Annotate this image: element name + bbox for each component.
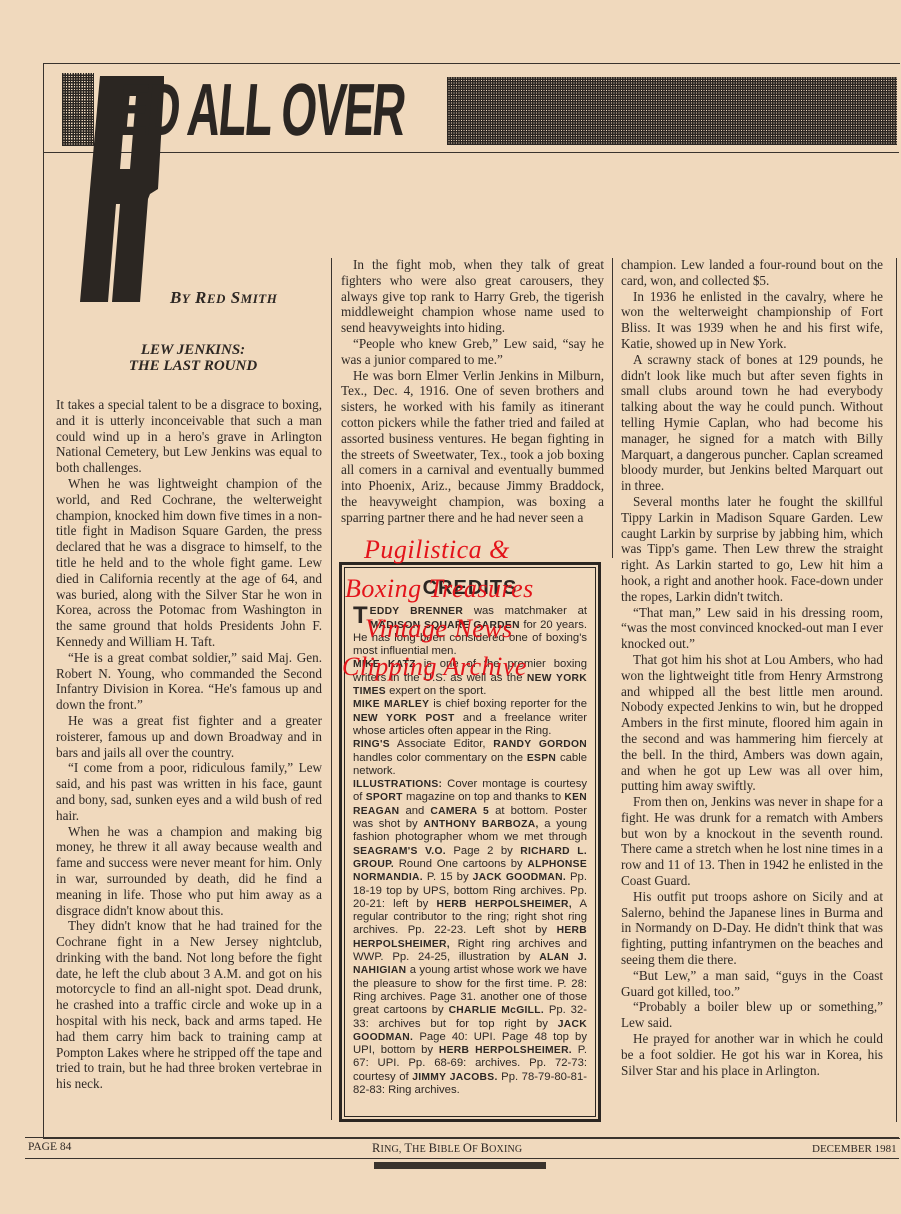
credits-inner: CREDITS TEDDY BRENNER was matchmaker at … xyxy=(344,567,596,1117)
article-title: ED ALL OVER xyxy=(115,72,407,148)
title-text: ED ALL OVER xyxy=(115,68,408,151)
footer-rule xyxy=(25,1158,899,1159)
paragraph: In the fight mob, when they talk of grea… xyxy=(341,257,604,336)
credit-text: and xyxy=(399,805,430,817)
paragraph: He was a great fist fighter and a greate… xyxy=(56,713,322,760)
credits-box: CREDITS TEDDY BRENNER was matchmaker at … xyxy=(339,562,601,1122)
credit-name: SPORT xyxy=(366,792,403,803)
credit-name: JIMMY JACOBS. xyxy=(412,1072,497,1083)
paragraph: Several months later he fought the skill… xyxy=(621,494,883,605)
credit-name: RANDY GORDON xyxy=(493,739,587,750)
pub-char: B xyxy=(481,1141,490,1155)
credit-text: handles color commentary on the xyxy=(353,752,527,764)
paragraph: “Probably a boiler blew up or something,… xyxy=(621,999,883,1031)
credit-pub: RING'S xyxy=(353,739,390,750)
credit-name: HERB HERPOLSHEIMER, xyxy=(437,899,572,910)
footer-bar xyxy=(374,1162,546,1169)
pub-sc: F xyxy=(472,1144,480,1155)
footer-rule xyxy=(25,1137,899,1138)
byline-by: B xyxy=(170,288,182,307)
paragraph: They didn't know that he had trained for… xyxy=(56,918,322,1092)
paragraph: He prayed for another war in which he co… xyxy=(621,1031,883,1078)
page-edge-rule xyxy=(896,258,897,1122)
paragraph: “People who knew Greb,” Lew said, “say h… xyxy=(341,336,604,368)
watermark-line: Pugilistica & xyxy=(364,535,510,565)
byline-last-sc: MITH xyxy=(241,291,278,306)
paragraph: “I come from a poor, ridiculous family,”… xyxy=(56,760,322,823)
paragraph: From then on, Jenkins was never in shape… xyxy=(621,794,883,889)
pub-sc: ING, xyxy=(381,1144,405,1155)
credit-name: CHARLIE McGILL. xyxy=(449,1005,544,1016)
title-rule xyxy=(43,152,899,153)
halftone-pattern-right xyxy=(447,77,897,145)
paragraph: When he was lightweight champion of the … xyxy=(56,476,322,650)
column-divider xyxy=(331,258,332,1120)
paragraph: “That man,” Lew said in his dressing roo… xyxy=(621,605,883,652)
credit-name: JACK GOODMAN. xyxy=(473,872,566,883)
paragraph: In 1936 he enlisted in the cavalry, wher… xyxy=(621,289,883,352)
credit-paragraph-illustrations: ILLUSTRATIONS: Cover montage is courtesy… xyxy=(353,778,587,1097)
issue-date: DECEMBER 1981 xyxy=(812,1143,897,1155)
credit-text: magazine on top and thanks to xyxy=(403,791,565,803)
paragraph: champion. Lew landed a four-round bout o… xyxy=(621,257,883,289)
publication-name: RING, THE BIBLE OF BOXING xyxy=(372,1141,522,1156)
pub-char: O xyxy=(463,1141,472,1155)
credit-text: Page 2 by xyxy=(446,845,520,857)
credit-text: Associate Editor, xyxy=(390,738,493,750)
pub-sc: IBLE xyxy=(437,1144,463,1155)
credit-name: HERB HERPOLSHEIMER. xyxy=(439,1045,572,1056)
byline: BY RED SMITH xyxy=(170,288,277,308)
credit-name: MIKE MARLEY xyxy=(353,699,429,710)
page-number: PAGE 84 xyxy=(28,1141,71,1153)
paragraph: When he was a champion and making big mo… xyxy=(56,824,322,919)
credit-network: ESPN xyxy=(527,753,556,764)
credit-name: SEAGRAM'S V.O. xyxy=(353,846,446,857)
byline-by-sc: Y xyxy=(182,291,190,306)
credit-paragraph: MIKE MARLEY is chief boxing reporter for… xyxy=(353,698,587,738)
article-subhead: LEW JENKINS: THE LAST ROUND xyxy=(58,342,328,374)
watermark-line: Clipping Archive xyxy=(342,652,527,682)
subhead-line-2: THE LAST ROUND xyxy=(58,358,328,374)
pub-char: T xyxy=(404,1141,412,1155)
column-divider xyxy=(612,258,613,558)
paragraph: His outfit put troops ashore on Sicily a… xyxy=(621,889,883,968)
watermark-line: Vintage News xyxy=(365,614,513,644)
byline-last: S xyxy=(231,288,241,307)
paragraph: That got him his shot at Lou Ambers, who… xyxy=(621,652,883,794)
credit-name: CAMERA 5 xyxy=(430,806,489,817)
credit-name: ILLUSTRATIONS: xyxy=(353,779,442,790)
paragraph: “But Lew,” a man said, “guys in the Coas… xyxy=(621,968,883,1000)
article-column-2: In the fight mob, when they talk of grea… xyxy=(341,257,604,526)
pub-char: R xyxy=(372,1141,381,1155)
article-column-3: champion. Lew landed a four-round bout o… xyxy=(621,257,883,1078)
pub-sc: HE xyxy=(412,1144,428,1155)
pub-sc: OXING xyxy=(489,1144,522,1155)
credit-paragraph: RING'S Associate Editor, RANDY GORDON ha… xyxy=(353,738,587,778)
credit-text: expert on the sport. xyxy=(386,685,486,697)
credit-pub: NEW YORK POST xyxy=(353,713,455,724)
paragraph: It takes a special talent to be a disgra… xyxy=(56,397,322,476)
subhead-line-1: LEW JENKINS: xyxy=(58,342,328,358)
credit-text: Round One cartoons by xyxy=(394,858,527,870)
article-column-1: It takes a special talent to be a disgra… xyxy=(56,397,322,1092)
watermark-line: Boxing Treasures xyxy=(345,574,534,604)
credit-text: is chief boxing reporter for the xyxy=(429,698,587,710)
credit-name: ANTHONY BARBOZA, xyxy=(423,819,538,830)
paragraph: He was born Elmer Verlin Jenkins in Milb… xyxy=(341,368,604,526)
byline-first: R xyxy=(195,288,207,307)
pub-char: B xyxy=(429,1141,438,1155)
byline-first-sc: ED xyxy=(207,291,226,306)
paragraph: A scrawny stack of bones at 129 pounds, … xyxy=(621,352,883,494)
credit-text: P. 15 by xyxy=(423,871,473,883)
paragraph: “He is a great combat soldier,” said Maj… xyxy=(56,650,322,713)
